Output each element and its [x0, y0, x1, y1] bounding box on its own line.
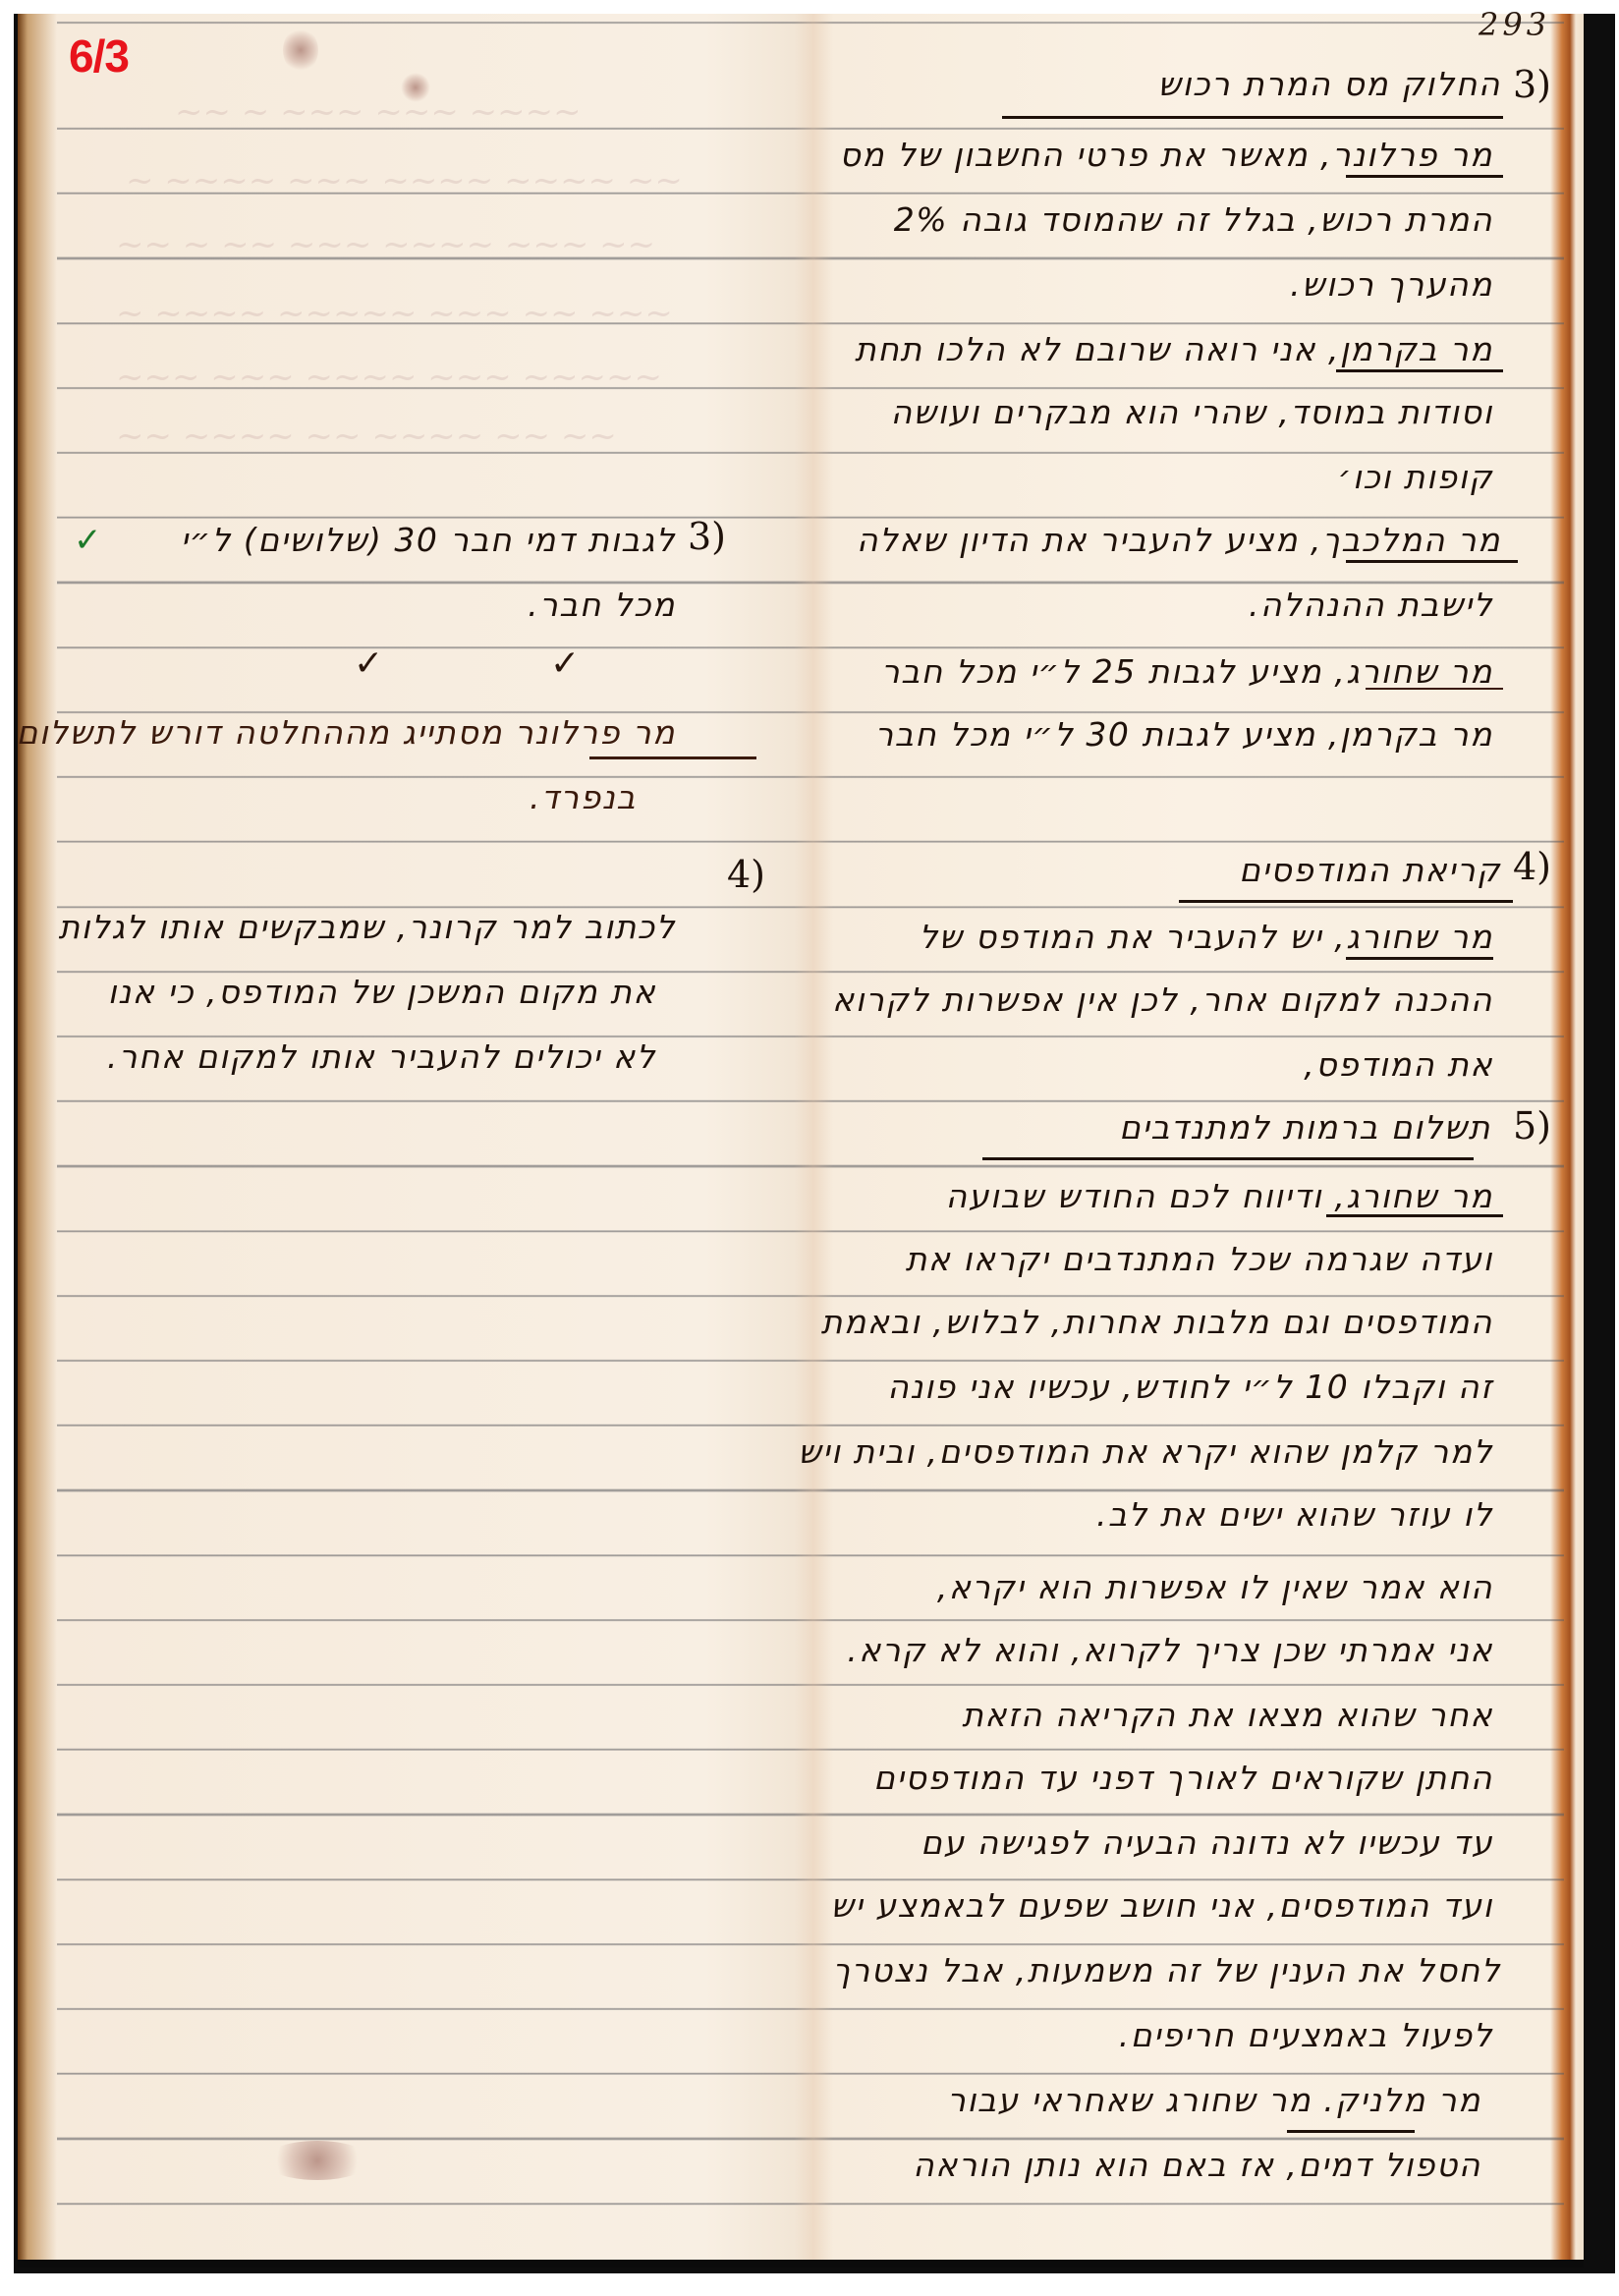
minutes-line: מר שחורג, ודיווח לכם החודש שבועה	[946, 1177, 1493, 1216]
section-heading: קריאת המודפסים	[1239, 851, 1501, 890]
minutes-line: קופות וכו׳	[1338, 458, 1493, 497]
minutes-line: הוא אמר שאין לו אפשרות הוא יקרא,	[937, 1568, 1493, 1607]
minutes-line: לו עוזר שהוא ישים את לב.	[1096, 1495, 1493, 1535]
minutes-line: אני אמרתי שכן צריך לקרוא, והוא לא קרא.	[847, 1631, 1493, 1670]
heading-underline	[982, 1157, 1474, 1160]
minutes-line: לישבת ההנהלה.	[1249, 586, 1493, 625]
minutes-line: לפעול באמצעים חריפים.	[1119, 2016, 1493, 2055]
minutes-line: את המודפס,	[1304, 1045, 1493, 1085]
minutes-line: ועדה שגרמה שכל המתנדבים יקראו את	[906, 1240, 1493, 1279]
section-number: 4)	[727, 853, 765, 896]
bleed-through-text: ~ ~~~~ ~~~ ~~~~ ~~~~ ~~	[126, 161, 683, 200]
section-heading: תשלום ברמות למתנדבים	[1119, 1108, 1491, 1148]
minutes-line: הטפול דמים, אז באם הוא נותן הוראה	[913, 2146, 1481, 2185]
bleed-through-text: ~~ ~ ~~ ~~~ ~~~~ ~~~ ~~	[116, 225, 655, 264]
minutes-line: מר המלכבך, מציע להעביר את הדיון שאלה	[857, 521, 1501, 560]
minutes-line: מר שחורג, יש להעביר את המודפס של	[920, 918, 1493, 957]
scan-edge	[18, 2260, 1584, 2268]
section-heading: החלוק מס המרת רכוש	[1158, 65, 1501, 104]
minutes-line: מר שחורג, מציע לגבות 25 ל״י מכל חבר	[881, 652, 1493, 692]
minutes-line: מר פרלונר, מאשר את פרטי החשבון של מס	[839, 136, 1493, 175]
speaker-underline	[1326, 1214, 1503, 1217]
center-fold	[794, 14, 833, 2260]
minutes-line: המודפסים וגם מלבות אחרות, לבלוש, ובאמת	[821, 1303, 1493, 1342]
page-number: 293	[1479, 6, 1550, 43]
resolution-line: לגבות דמי חבר 30 (שלושים) ל״י	[181, 521, 676, 560]
speaker-underline	[1287, 2130, 1415, 2133]
speaker-underline	[1346, 175, 1503, 178]
speaker-underline	[1366, 688, 1503, 690]
minutes-line: המרת רכוש, בגלל זה שהמוסד גובה 2%	[894, 200, 1493, 240]
resolution-line: לכתוב למר קרונר, שמבקשים אותו לגלות	[58, 908, 676, 947]
ink-stain	[401, 73, 430, 102]
minutes-line: לחסל את הענין של זה משמעות, אבל נצטרך	[832, 1951, 1501, 1990]
heading-underline	[1002, 116, 1503, 119]
minutes-line: ההכנה למקום אחר, לכן אין אפשרות לקרוא	[832, 980, 1493, 1020]
minutes-line: מר בקרמן, אני רואה שרובם לא הלכו תחת	[855, 330, 1493, 369]
minutes-line: החתן שקוראים לאורך דפני עד המודפסים	[873, 1759, 1493, 1798]
speaker-underline	[1336, 369, 1503, 372]
speaker-underline	[1346, 560, 1518, 563]
section-number: 3)	[688, 515, 726, 558]
separator-mark: ✓	[550, 644, 580, 684]
speaker-underline	[1346, 957, 1493, 960]
minutes-line: זה וקבלו 10 ל״י לחודש, עכשיו אני פונה	[887, 1368, 1493, 1407]
section-number: 5)	[1513, 1104, 1551, 1148]
minutes-line: למר קלמן שהוא יקרא את המודפסים, ובית ויש	[798, 1432, 1493, 1472]
minutes-line: מהערך רכוש.	[1290, 265, 1493, 305]
ink-stain	[283, 28, 318, 73]
bleed-through-text: ~~~ ~~~ ~~~~ ~~~ ~~~~~	[116, 358, 662, 397]
separator-mark: ✓	[354, 644, 383, 684]
speaker-underline	[589, 756, 756, 759]
resolution-line: בנפרד.	[530, 778, 637, 817]
minutes-line: עד עכשיו לא נדונה הבעיה לפגישה עם	[921, 1823, 1493, 1863]
bleed-through-text: ~~ ~~~~ ~~ ~~~~ ~~ ~~	[116, 417, 617, 456]
bleed-through-text: ~~ ~ ~~~ ~~~ ~~~~	[175, 92, 582, 132]
minutes-line: ועד המודפסים, אני חושב שפעם לבאמצע יש	[831, 1886, 1493, 1926]
minutes-line: וסודות במוסד, שהרי הוא מבקרים ועושה	[891, 393, 1493, 432]
section-number: 4)	[1513, 845, 1551, 888]
section-number: 3)	[1513, 63, 1551, 106]
resolution-line: מכל חבר.	[528, 586, 676, 625]
resolution-line: לא יכולים להעביר אותו למקום אחר.	[107, 1037, 656, 1077]
page-stamp: 6/3	[69, 29, 129, 83]
resolution-line: מר פרלונר מסתייג מההחלטה דורש לתשלום	[17, 713, 676, 753]
minutes-line: מר מלניק. מר שחורג שאחראי עבור	[947, 2081, 1481, 2120]
checkmark-icon: ✓	[74, 521, 102, 560]
bleed-through-text: ~ ~~~~ ~~~~~ ~~~ ~~ ~~~	[116, 294, 673, 333]
ink-stain	[263, 2141, 371, 2180]
heading-underline	[1179, 900, 1513, 903]
minutes-line: מר בקרמן, מציע לגבות 30 ל״י מכל חבר	[875, 715, 1493, 755]
resolution-line: את מקום המשכן של המודפס, כי אנו	[108, 973, 656, 1012]
minutes-line: אחר שהוא מצאו את הקריאה הזאת	[962, 1696, 1493, 1735]
